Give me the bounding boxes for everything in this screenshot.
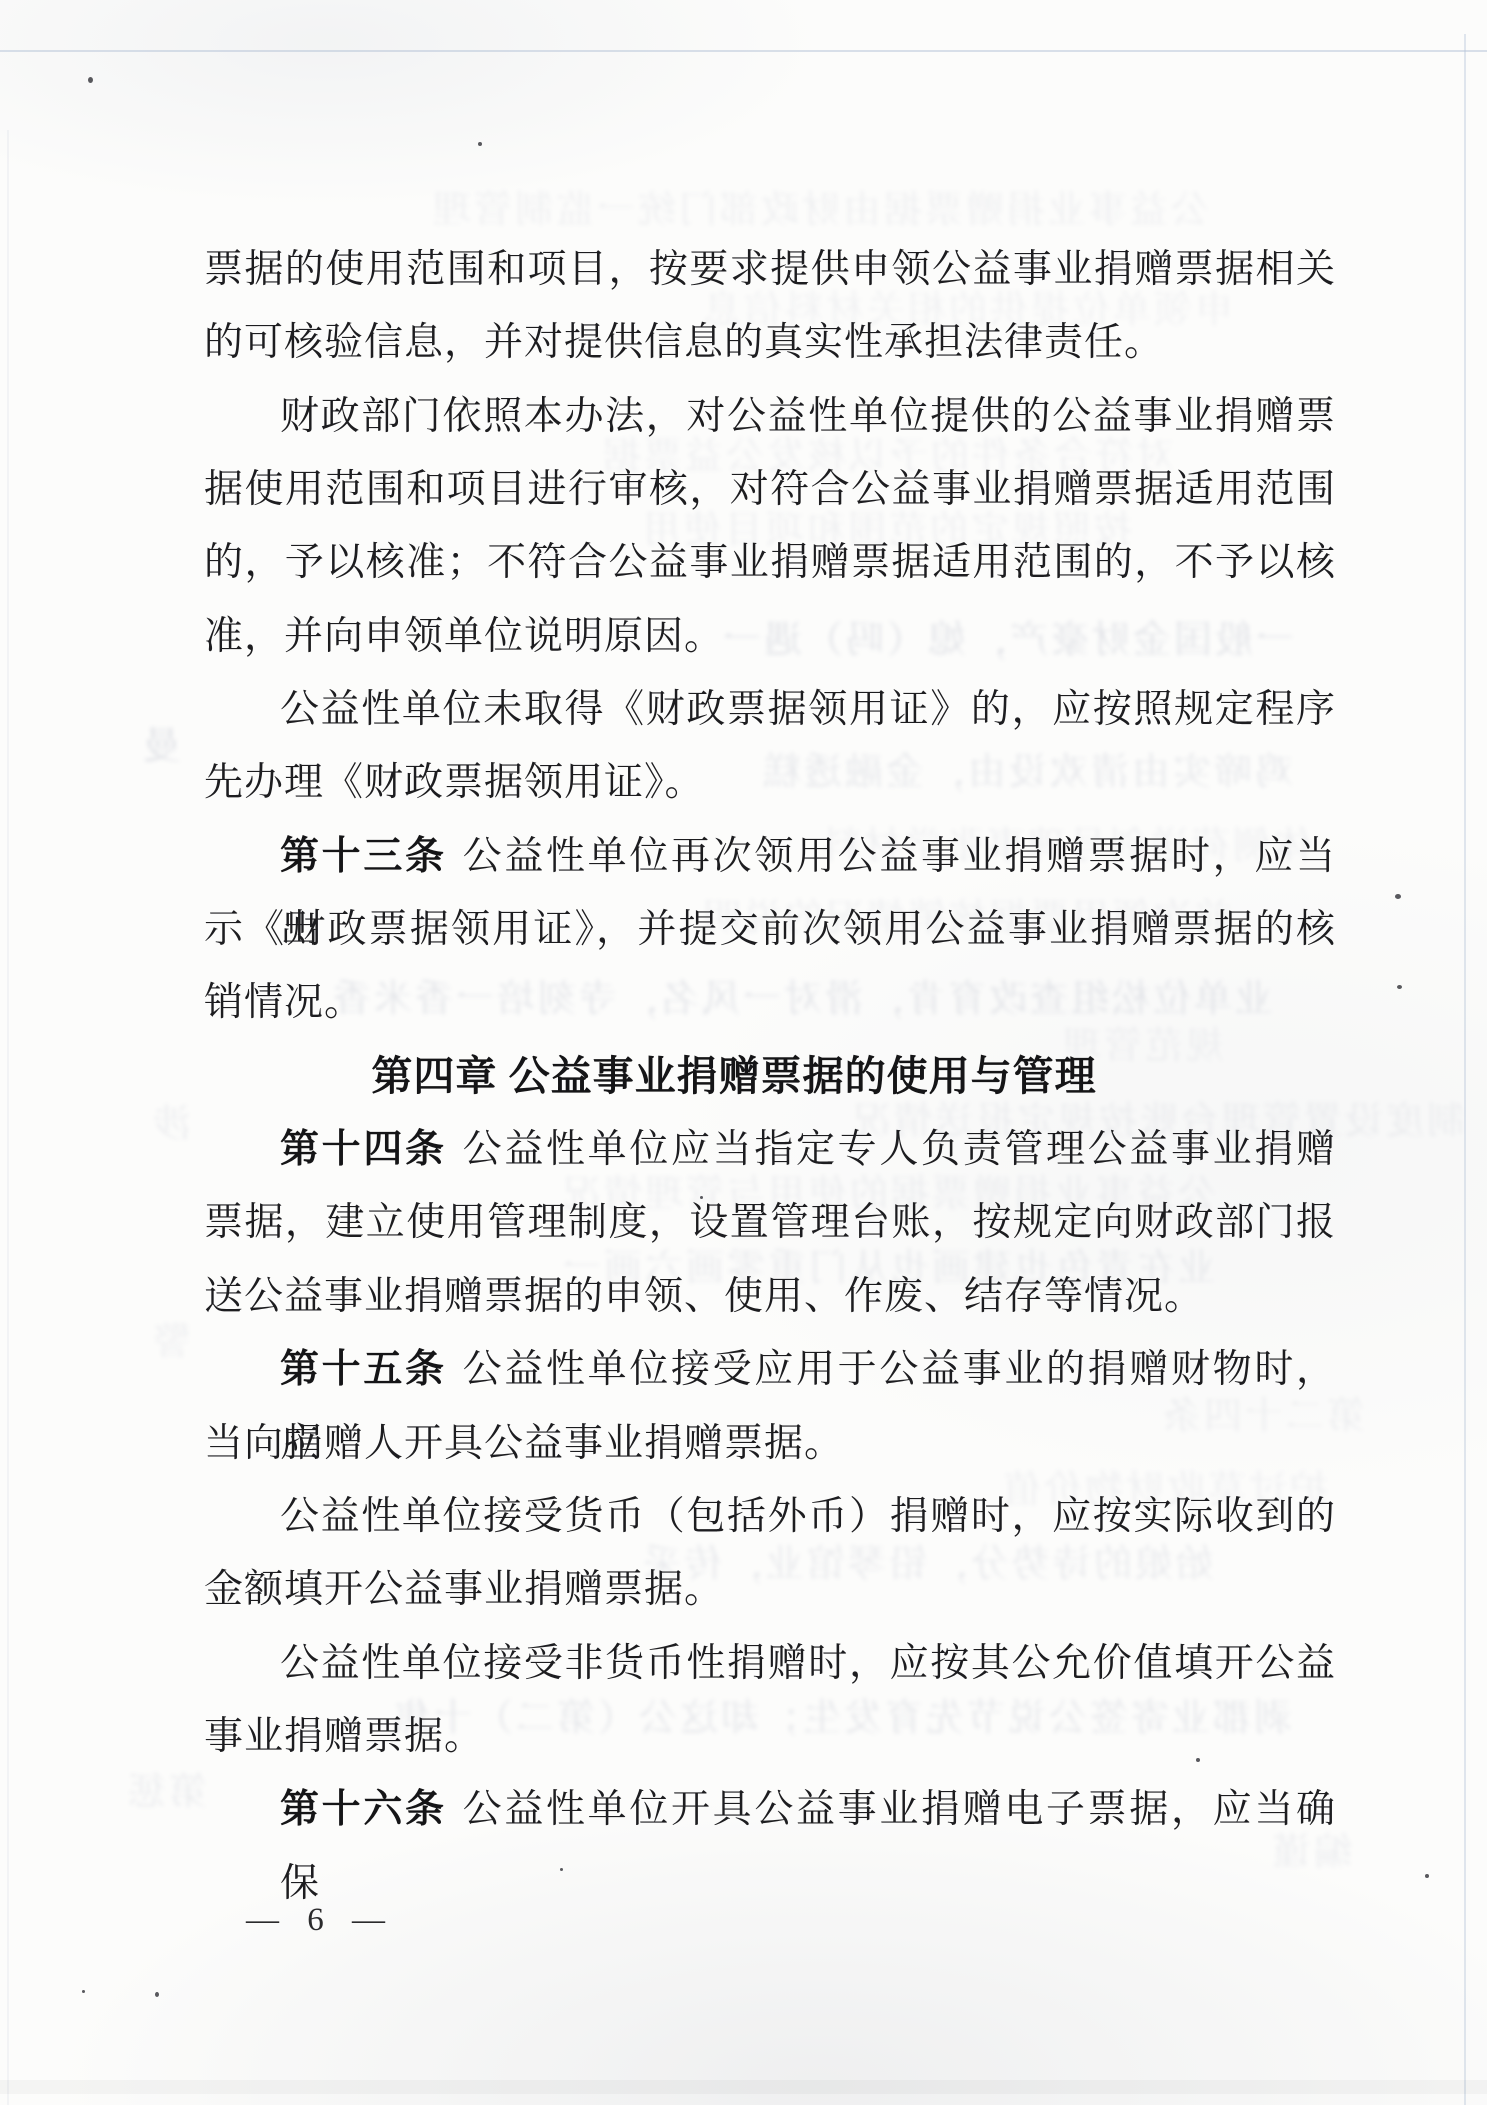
text-line: 第十三条公益性单位再次领用公益事业捐赠票据时，应当出 <box>204 820 1336 893</box>
scanned-document-page: 公益事业捐赠票据由财政部门统一监制管理申领单位提供的相关材料信息对符合条件的予以… <box>0 0 1487 2105</box>
bleed-through-text: 第惩 <box>125 1761 207 1816</box>
text-line: 的可核验信息，并对提供信息的真实性承担法律责任。 <box>204 306 1336 379</box>
text-line: 公益性单位未取得《财政票据领用证》的，应按照规定程序 <box>204 673 1336 746</box>
text-run: 公益性单位应当指定专人负责管理公益事业捐赠 <box>463 1128 1336 1171</box>
text-line: 当向捐赠人开具公益事业捐赠票据。 <box>204 1407 1336 1480</box>
scan-speck <box>155 1992 159 1997</box>
text-line: 销情况。 <box>204 966 1336 1039</box>
text-run: 送公益事业捐赠票据的申领、使用、作废、结存等情况。 <box>204 1275 1204 1318</box>
text-run: 示《财政票据领用证》，并提交前次领用公益事业捐赠票据的核 <box>204 908 1336 951</box>
article-number: 第四章 公益事业捐赠票据的使用与管理 <box>371 1053 1096 1099</box>
text-line: 公益性单位接受非货币性捐赠时，应按其公允价值填开公益 <box>204 1627 1336 1700</box>
scan-edge-line-top <box>0 50 1487 52</box>
bleed-through-text: 警 <box>150 1311 191 1366</box>
text-run: 销情况。 <box>204 981 364 1024</box>
scan-shadow-band <box>0 2080 1487 2094</box>
scan-edge-line-right <box>1464 34 1466 2105</box>
article-number: 第十六条 <box>280 1788 447 1831</box>
text-run: 票据，建立使用管理制度，设置管理台账，按规定向财政部门报 <box>204 1201 1336 1244</box>
text-line: 准，并向申领单位说明原因。 <box>204 600 1336 673</box>
text-body: 票据的使用范围和项目，按要求提供申领公益事业捐赠票据相关的可核验信息，并对提供信… <box>204 233 1336 1847</box>
text-line: 第十五条公益性单位接受应用于公益事业的捐赠财物时，应 <box>204 1333 1336 1406</box>
text-line: 金额填开公益事业捐赠票据。 <box>204 1553 1336 1626</box>
text-run: 的，予以核准；不符合公益事业捐赠票据适用范围的，不予以核 <box>204 541 1336 584</box>
scan-speck <box>478 142 482 146</box>
text-line: 事业捐赠票据。 <box>204 1700 1336 1773</box>
page-number: — 6 — <box>246 1899 390 1941</box>
page-number-label: — 6 — <box>246 1902 390 1938</box>
bleed-through-text: 公益事业捐赠票据由财政部门统一监制管理 <box>430 179 1209 234</box>
text-run: 据使用范围和项目进行审核，对符合公益事业捐赠票据适用范围 <box>204 468 1336 511</box>
text-line: 票据，建立使用管理制度，设置管理台账，按规定向财政部门报 <box>204 1186 1336 1259</box>
text-line: 票据的使用范围和项目，按要求提供申领公益事业捐赠票据相关 <box>204 233 1336 306</box>
text-line: 财政部门依照本办法，对公益性单位提供的公益事业捐赠票 <box>204 380 1336 453</box>
scan-speck <box>560 1868 563 1871</box>
text-line: 据使用范围和项目进行审核，对符合公益事业捐赠票据适用范围 <box>204 453 1336 526</box>
text-run: 准，并向申领单位说明原因。 <box>204 615 724 658</box>
scan-speck <box>82 1990 85 1993</box>
text-run: 事业捐赠票据。 <box>204 1715 484 1758</box>
text-line: 第十四条公益性单位应当指定专人负责管理公益事业捐赠 <box>204 1113 1336 1186</box>
scan-speck <box>88 77 93 83</box>
scan-speck <box>1395 894 1401 899</box>
text-run: 财政部门依照本办法，对公益性单位提供的公益事业捐赠票 <box>280 395 1336 438</box>
text-line: 公益性单位接受货币（包括外币）捐赠时，应按实际收到的 <box>204 1480 1336 1553</box>
article-number: 第十四条 <box>280 1128 447 1171</box>
text-run: 公益性单位未取得《财政票据领用证》的，应按照规定程序 <box>280 688 1336 731</box>
scan-speck <box>1397 985 1402 989</box>
text-line: 送公益事业捐赠票据的申领、使用、作废、结存等情况。 <box>204 1260 1336 1333</box>
text-line: 先办理《财政票据领用证》。 <box>204 746 1336 819</box>
chapter-heading: 第四章 公益事业捐赠票据的使用与管理 <box>176 1040 1308 1113</box>
text-run: 当向捐赠人开具公益事业捐赠票据。 <box>204 1422 844 1465</box>
text-line: 的，予以核准；不符合公益事业捐赠票据适用范围的，不予以核 <box>204 526 1336 599</box>
article-number: 第十五条 <box>280 1348 447 1391</box>
text-line: 示《财政票据领用证》，并提交前次领用公益事业捐赠票据的核 <box>204 893 1336 966</box>
text-run: 票据的使用范围和项目，按要求提供申领公益事业捐赠票据相关 <box>204 248 1336 291</box>
text-run: 的可核验信息，并对提供信息的真实性承担法律责任。 <box>204 321 1164 364</box>
bleed-through-text: 曼 <box>140 715 181 770</box>
text-run: 公益性单位接受非货币性捐赠时，应按其公允价值填开公益 <box>280 1642 1336 1685</box>
text-line: 第十六条公益性单位开具公益事业捐赠电子票据，应当确保 <box>204 1773 1336 1846</box>
text-run: 金额填开公益事业捐赠票据。 <box>204 1568 724 1611</box>
scan-speck <box>1425 1874 1429 1878</box>
article-number: 第十三条 <box>280 835 447 878</box>
scan-edge-line-left <box>7 130 9 2105</box>
text-run: 公益性单位接受货币（包括外币）捐赠时，应按实际收到的 <box>280 1495 1336 1538</box>
text-run: 先办理《财政票据领用证》。 <box>204 761 705 804</box>
